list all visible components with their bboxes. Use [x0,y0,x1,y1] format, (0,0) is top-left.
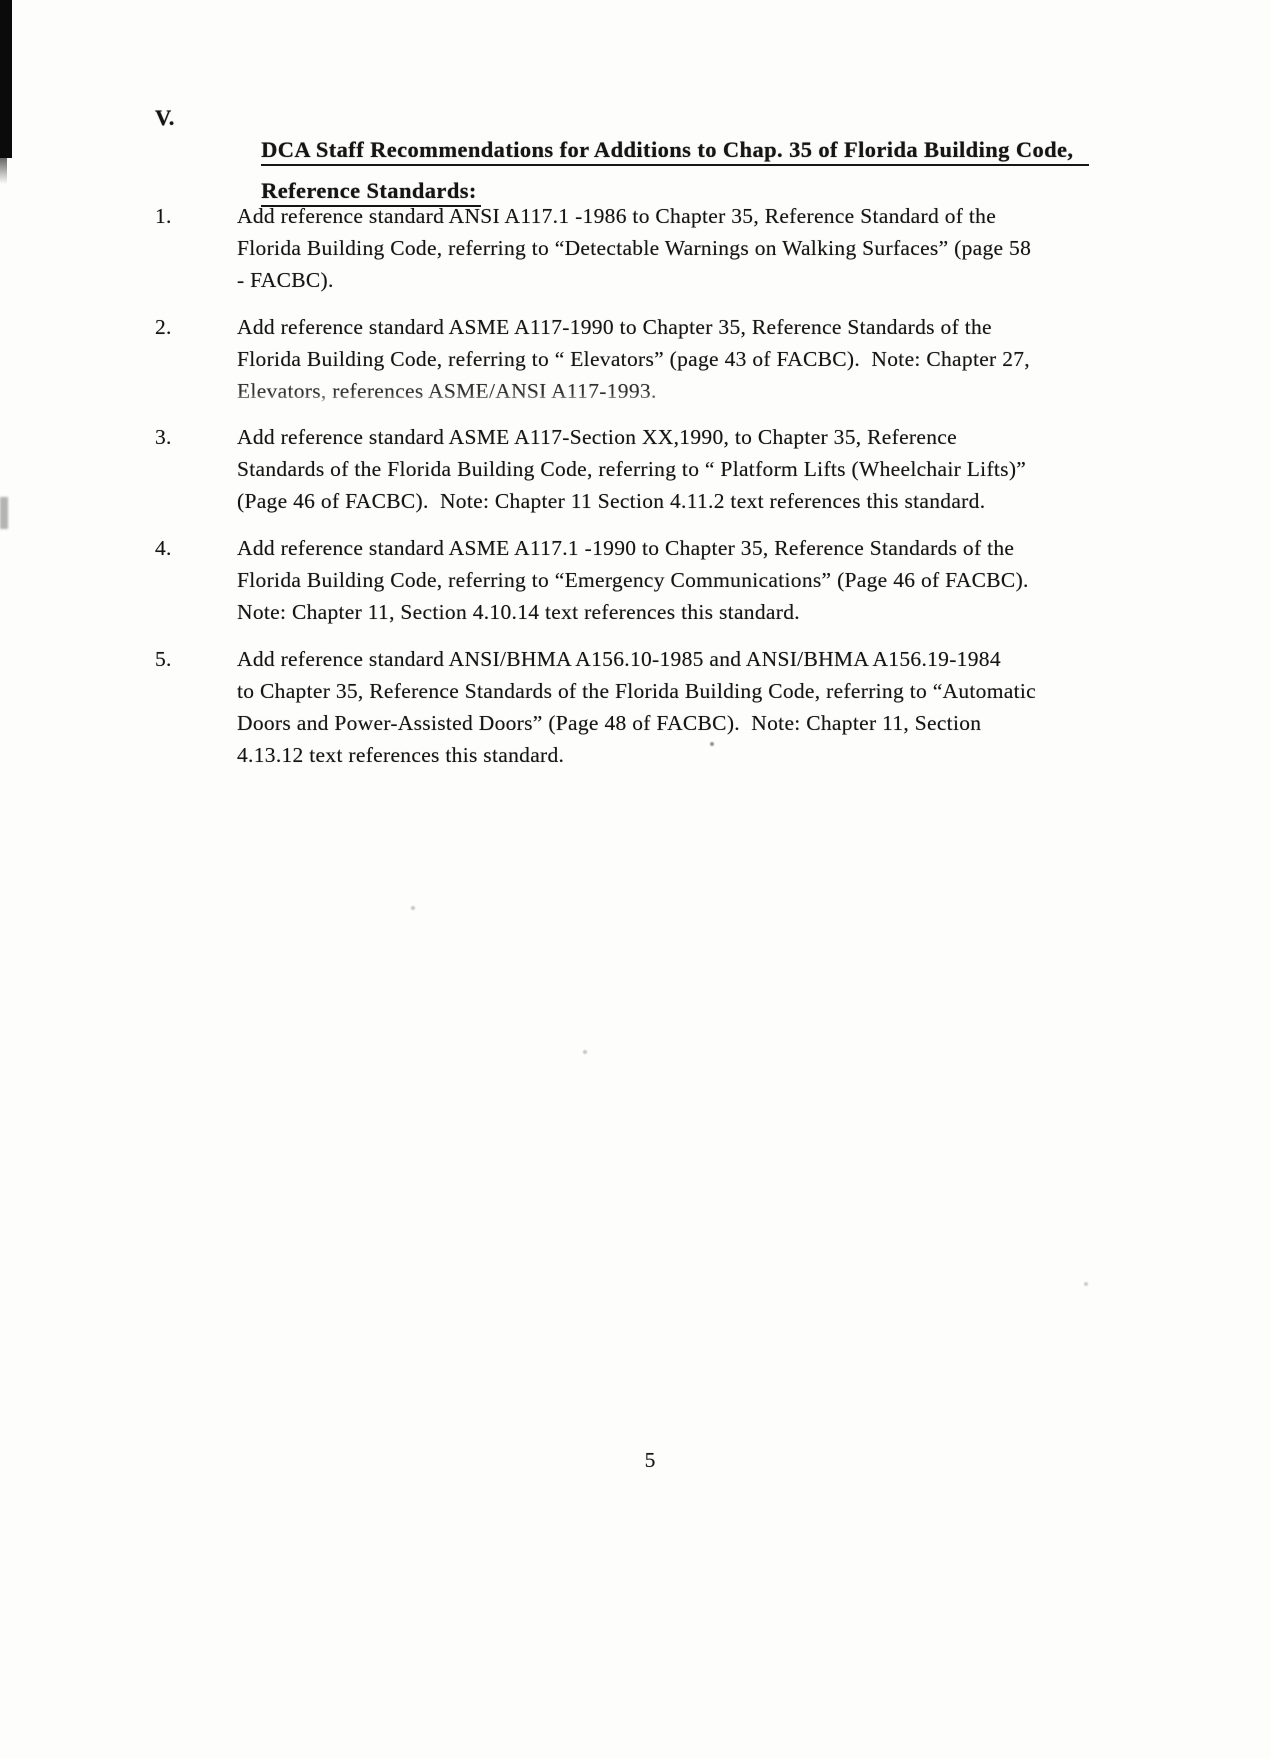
item-line: Add reference standard ANSI A117.1 -1986… [237,200,996,232]
item-line: (Page 46 of FACBC). Note: Chapter 11 Sec… [237,485,985,517]
document-page: V. DCA Staff Recommendations for Additio… [0,0,1271,1759]
item-number: 3. [155,421,215,453]
page-number: 5 [630,1448,670,1473]
scan-artifact-bar [0,0,12,158]
item-line: Elevators, references ASME/ANSI A117-199… [237,375,657,407]
item-line: to Chapter 35, Reference Standards of th… [237,675,1036,707]
item-number: 1. [155,200,215,232]
item-number: 4. [155,532,215,564]
item-line: Florida Building Code, referring to “Det… [237,232,1031,264]
item-line: Doors and Power-Assisted Doors” (Page 48… [237,707,981,739]
scan-speck [411,906,415,910]
section-label: V. [155,102,215,134]
scan-speck [1084,1282,1088,1286]
item-line: Note: Chapter 11, Section 4.10.14 text r… [237,596,800,628]
scan-edge-smudge [0,497,8,529]
item-number: 5. [155,643,215,675]
item-line: Add reference standard ASME A117.1 -1990… [237,532,1014,564]
item-line: - FACBC). [237,264,334,296]
item-line: Florida Building Code, referring to “ El… [237,343,1030,375]
scan-speck [583,1050,587,1054]
item-line: Add reference standard ASME A117-Section… [237,421,957,453]
item-line: Florida Building Code, referring to “Eme… [237,564,1029,596]
item-line: Add reference standard ASME A117-1990 to… [237,311,992,343]
item-number: 2. [155,311,215,343]
item-line: 4.13.12 text references this standard. [237,739,564,771]
item-line: Add reference standard ANSI/BHMA A156.10… [237,643,1001,675]
item-line: Standards of the Florida Building Code, … [237,453,1026,485]
scan-speck [710,742,714,746]
